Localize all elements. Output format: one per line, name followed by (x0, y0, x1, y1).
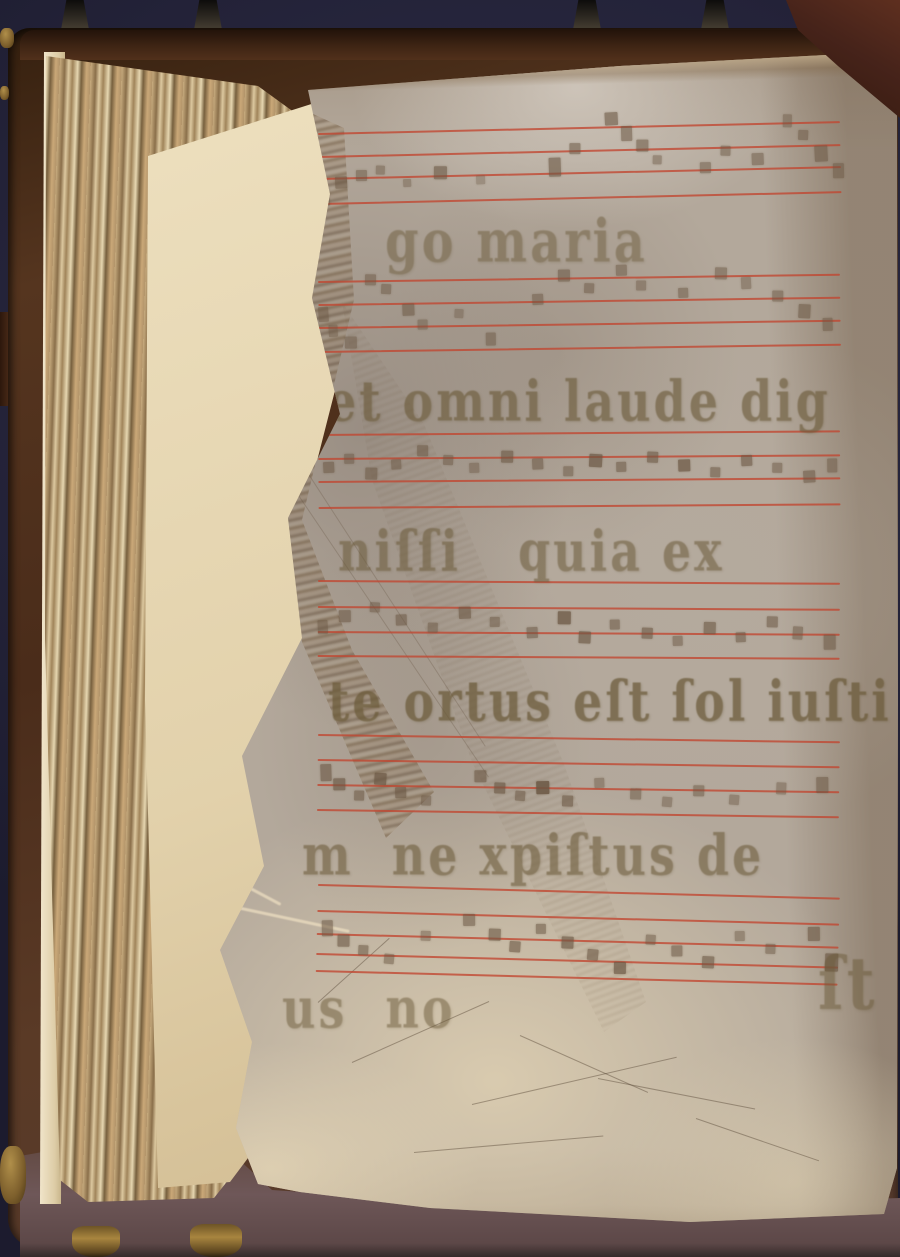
neume-square (693, 785, 704, 796)
neume-square (662, 796, 673, 807)
neume-square (323, 462, 335, 474)
neume-square (536, 781, 549, 794)
neume-square (526, 627, 537, 638)
neume-square (792, 626, 803, 640)
staff-line (319, 166, 841, 180)
neume-square (636, 280, 646, 290)
neume-square (645, 934, 656, 945)
brass-glint (0, 28, 14, 48)
neume-square (337, 935, 349, 947)
neume-square (636, 140, 648, 152)
neume-square (454, 309, 463, 318)
neume-square (403, 179, 411, 187)
neume-square (630, 788, 641, 799)
chant-staff (318, 274, 841, 381)
neume-square (354, 790, 364, 800)
neume-square (418, 319, 428, 329)
neume-square (358, 945, 368, 955)
neume-square (365, 467, 377, 479)
neume-square (494, 782, 505, 793)
neume-square (469, 463, 479, 473)
chant-text-line: et omni laude dig (327, 368, 831, 434)
neume-square (614, 962, 626, 974)
neume-square (824, 635, 836, 650)
neume-square (700, 162, 711, 173)
neume-square (604, 112, 618, 126)
neume-square (610, 619, 620, 629)
neume-square (671, 945, 682, 956)
brass-foot (190, 1224, 242, 1257)
neume-square (365, 274, 376, 285)
neume-square (816, 777, 828, 793)
neume-square (335, 176, 348, 189)
neume-square (783, 114, 792, 127)
neume-square (678, 288, 688, 298)
chant-text-line: go maria (385, 208, 648, 276)
neume-square (381, 284, 391, 294)
chant-text-line: us no (282, 975, 456, 1041)
staff-line (318, 297, 840, 306)
neume-square (417, 445, 428, 456)
neume-square (561, 936, 573, 948)
neume-square (489, 928, 501, 940)
neume-square (710, 467, 720, 477)
neume-square (515, 791, 526, 802)
neume-square (741, 277, 752, 289)
neume-square (328, 325, 338, 337)
neume-square (822, 318, 832, 331)
brass-glint (0, 86, 9, 100)
neume-square (501, 451, 513, 463)
neume-square (827, 458, 837, 472)
neume-square (376, 165, 385, 174)
staff-line (317, 933, 839, 949)
neume-square (569, 143, 580, 154)
neume-square (333, 778, 345, 790)
neume-square (490, 617, 500, 627)
neume-square (474, 770, 486, 782)
neume-square (735, 931, 745, 941)
neume-square (434, 166, 447, 179)
neume-square (339, 610, 351, 622)
neume-square (720, 146, 730, 156)
neume-square (715, 267, 727, 279)
neume-square (587, 949, 599, 961)
neume-square (345, 336, 357, 348)
neume-square (370, 602, 380, 612)
neume-square (647, 451, 658, 462)
neume-square (808, 927, 820, 941)
neume-square (814, 145, 828, 162)
neume-square (616, 462, 626, 472)
neume-square (736, 632, 746, 642)
neume-square (562, 795, 573, 806)
neume-square (486, 333, 496, 346)
brass-foot (72, 1226, 120, 1257)
neume-square (729, 794, 740, 805)
neume-square (463, 914, 475, 926)
chant-text-line: te ortus eſt ſol iuſti (328, 668, 892, 734)
neume-square (395, 787, 406, 798)
neume-square (391, 459, 402, 470)
neume-square (621, 126, 632, 141)
neume-square (751, 153, 763, 165)
neume-square (594, 778, 604, 788)
neume-square (798, 130, 808, 140)
chant-text-line: m ne xpiſtus de (302, 822, 764, 888)
crack-line (520, 1035, 648, 1093)
neume-square (584, 283, 594, 293)
neume-square (536, 924, 546, 934)
neume-square (563, 466, 573, 476)
neume-square (767, 616, 778, 627)
neume-square (833, 163, 844, 178)
neume-square (344, 454, 354, 464)
neume-square (421, 795, 431, 805)
manuscript-photo: go mariaet omni laude digniſſi quia exte… (0, 0, 900, 1257)
neume-square (798, 304, 811, 319)
neume-square (532, 294, 544, 306)
neume-square (459, 607, 471, 619)
staff-line (320, 191, 842, 205)
neume-square (509, 941, 521, 953)
neume-square (776, 782, 786, 794)
neume-square (653, 155, 662, 164)
neume-square (589, 454, 603, 468)
neume-square (320, 764, 332, 781)
staff-line (317, 809, 839, 818)
neume-square (402, 304, 414, 316)
neume-square (476, 175, 485, 184)
neume-square (318, 307, 329, 323)
neume-square (317, 620, 328, 634)
neume-square (704, 622, 716, 634)
chant-text-line: niſſi quia ex (338, 518, 725, 584)
brass-boss (0, 1146, 26, 1204)
neume-square (558, 611, 571, 624)
staff-line (318, 759, 840, 768)
cover-top-edge (20, 30, 890, 60)
neume-square (322, 920, 333, 936)
neume-square (642, 628, 653, 639)
neume-square (549, 157, 562, 176)
neume-square (374, 773, 387, 786)
crack-line (598, 1078, 755, 1110)
staff-line (318, 121, 840, 135)
crack-line (472, 1057, 677, 1105)
neume-square (678, 459, 690, 471)
neume-square (772, 463, 782, 473)
neume-square (673, 636, 683, 646)
neume-square (443, 455, 453, 465)
staff-line (318, 606, 840, 611)
crack-line (414, 1135, 603, 1153)
neume-square (396, 614, 407, 625)
neume-square (765, 944, 775, 954)
crack-line (696, 1118, 819, 1161)
neume-square (702, 956, 715, 969)
neume-square (772, 291, 783, 302)
neume-square (532, 458, 544, 470)
chant-text-line: ſt (818, 942, 878, 1027)
staff-line (318, 655, 840, 660)
neume-square (803, 470, 816, 483)
staff-line (318, 477, 840, 483)
neume-square (384, 953, 395, 964)
neume-square (578, 631, 591, 644)
staff-line (318, 734, 840, 743)
neume-square (428, 622, 438, 632)
neume-square (741, 455, 752, 466)
neume-square (421, 931, 431, 941)
staff-line (317, 910, 839, 926)
staff-line (319, 344, 841, 353)
staff-line (319, 320, 841, 329)
neume-square (356, 170, 367, 181)
staff-line (319, 503, 841, 509)
